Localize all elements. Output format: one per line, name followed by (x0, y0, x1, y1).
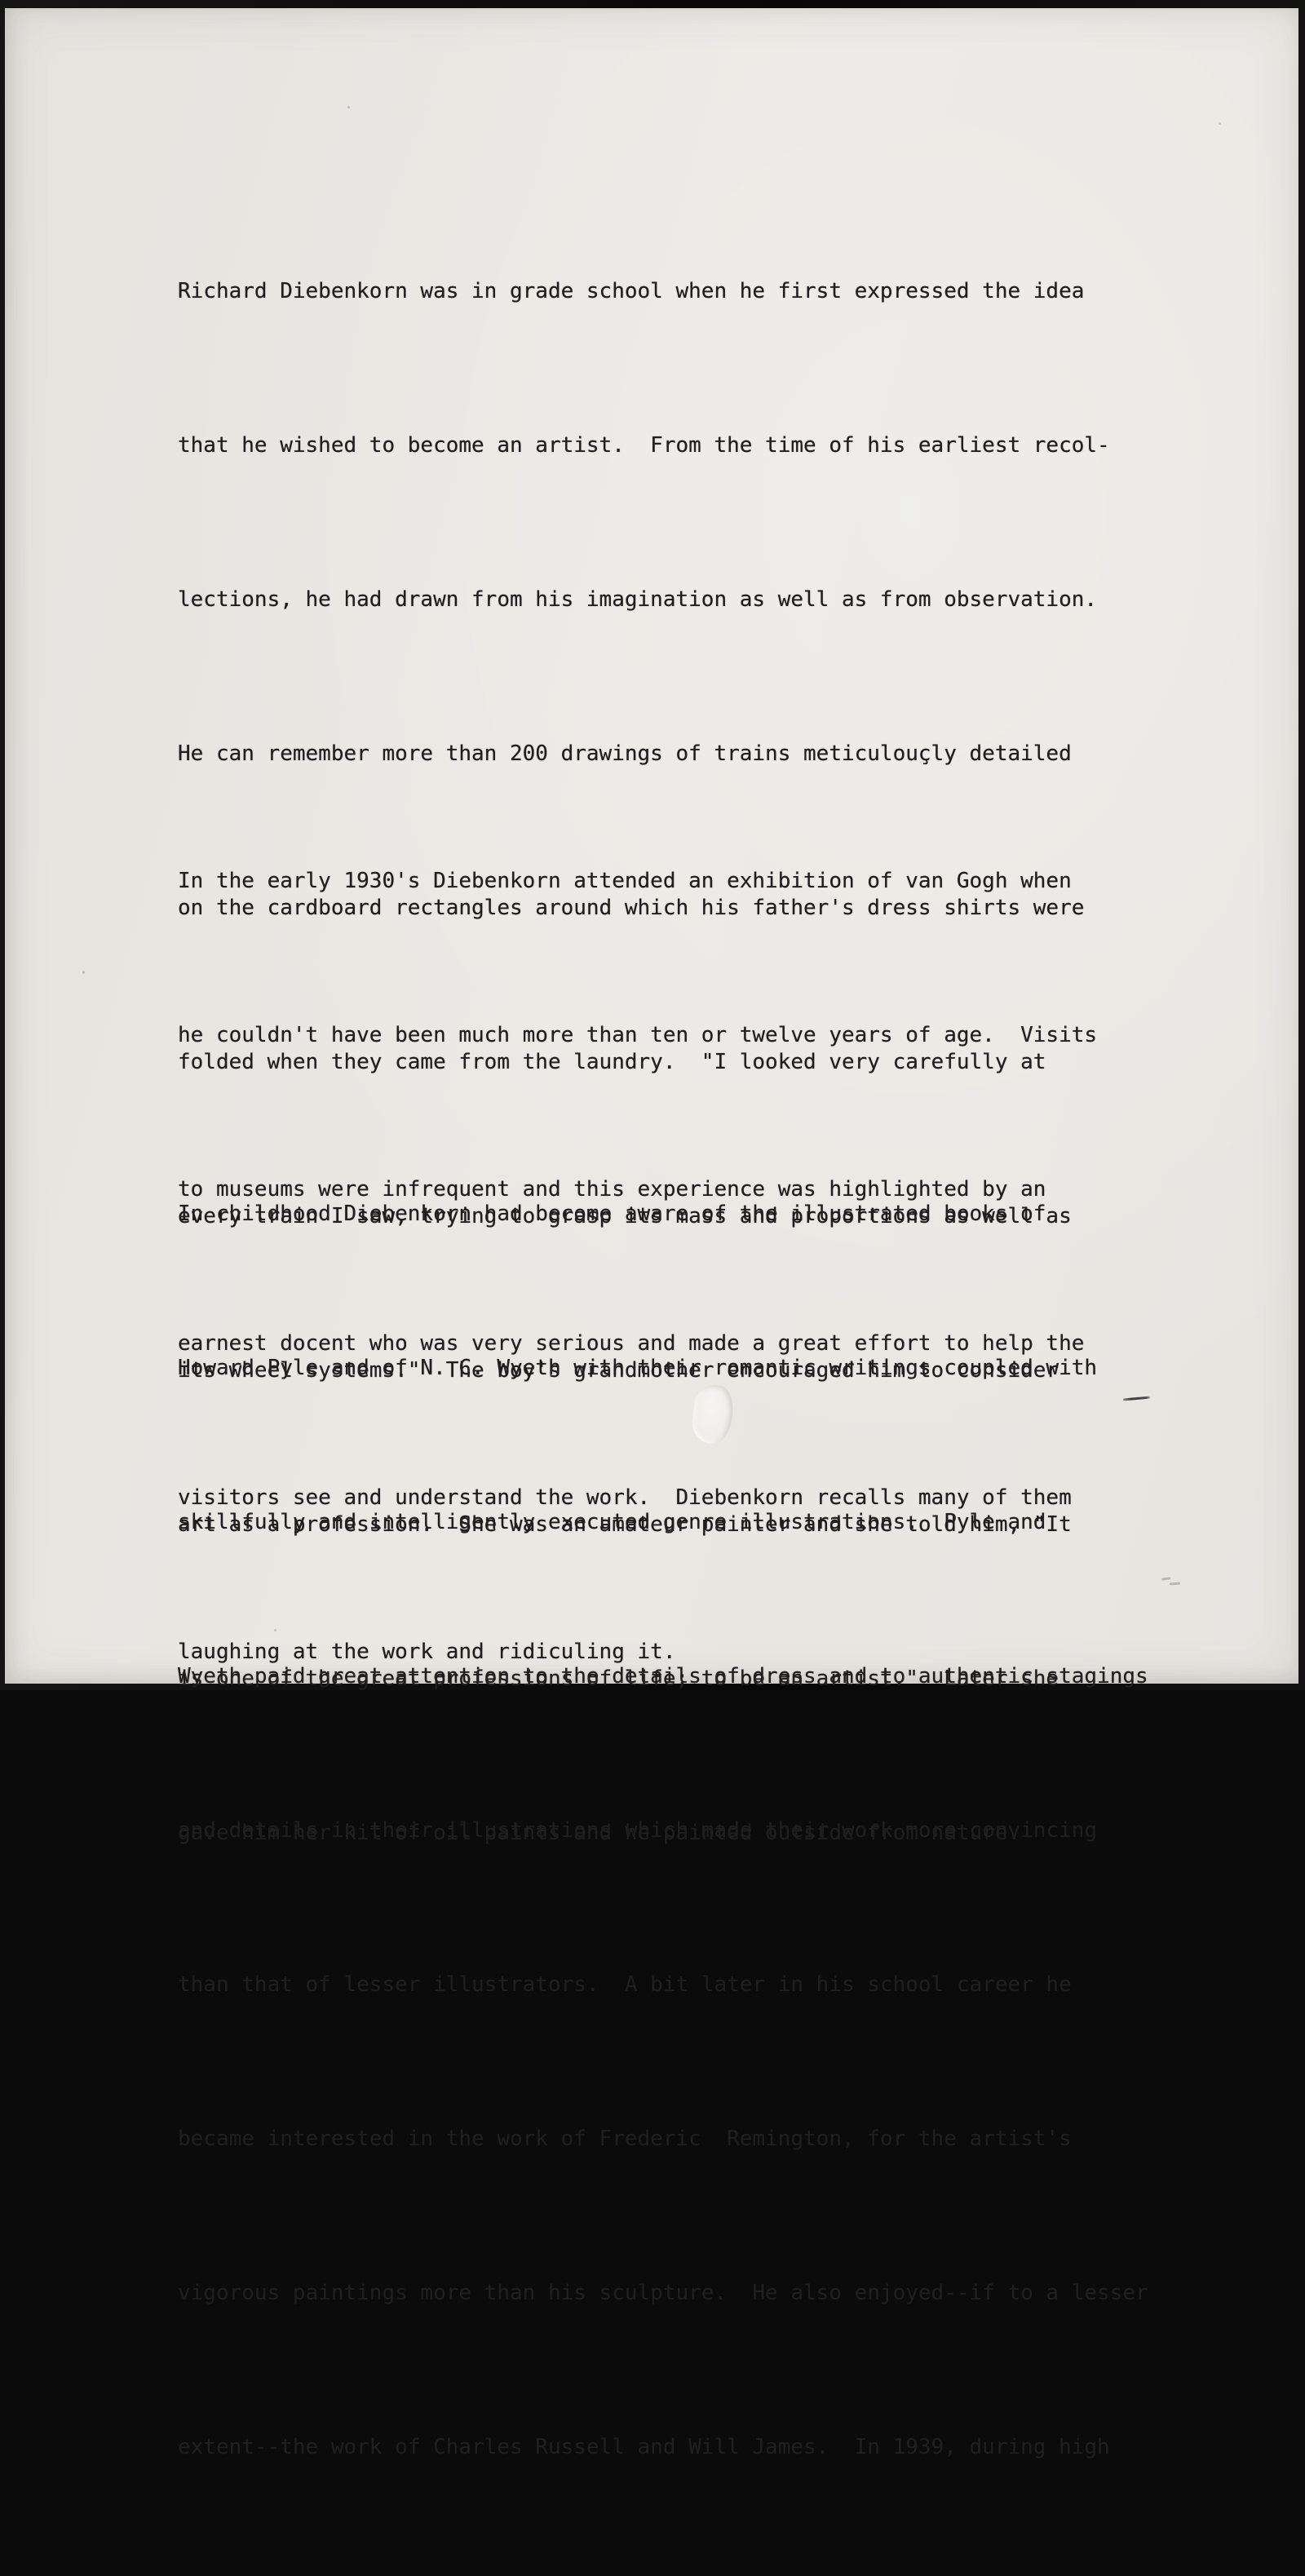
paper-speck (82, 971, 85, 974)
faint-pencil-mark (1161, 1577, 1170, 1581)
paper-speck (347, 106, 350, 108)
text-line: Richard Diebenkorn was in grade school w… (178, 266, 1110, 317)
text-line: In the early 1930's Diebenkorn attended … (178, 856, 1097, 907)
document-page: Richard Diebenkorn was in grade school w… (5, 8, 1298, 1684)
paper-speck (274, 1629, 276, 1631)
text-line: that he wished to become an artist. From… (178, 420, 1110, 471)
faint-pencil-mark (1170, 1582, 1180, 1586)
text-line: skillfully and intelligently executed ge… (178, 1497, 1148, 1548)
text-line: lections, he had drawn from his imaginat… (178, 574, 1110, 626)
paper-speck (1219, 122, 1221, 125)
text-line: Wyeth paid great attention to the detail… (178, 1651, 1148, 1690)
text-line: In childhood Diebenkorn had become aware… (178, 1188, 1148, 1240)
text-line: Howard Pyle and of N. C. Wyeth with thei… (178, 1343, 1148, 1394)
paragraph-3: In childhood Diebenkorn had become aware… (178, 1086, 1148, 1690)
text-line: he couldn't have been much more than ten… (178, 1010, 1097, 1061)
